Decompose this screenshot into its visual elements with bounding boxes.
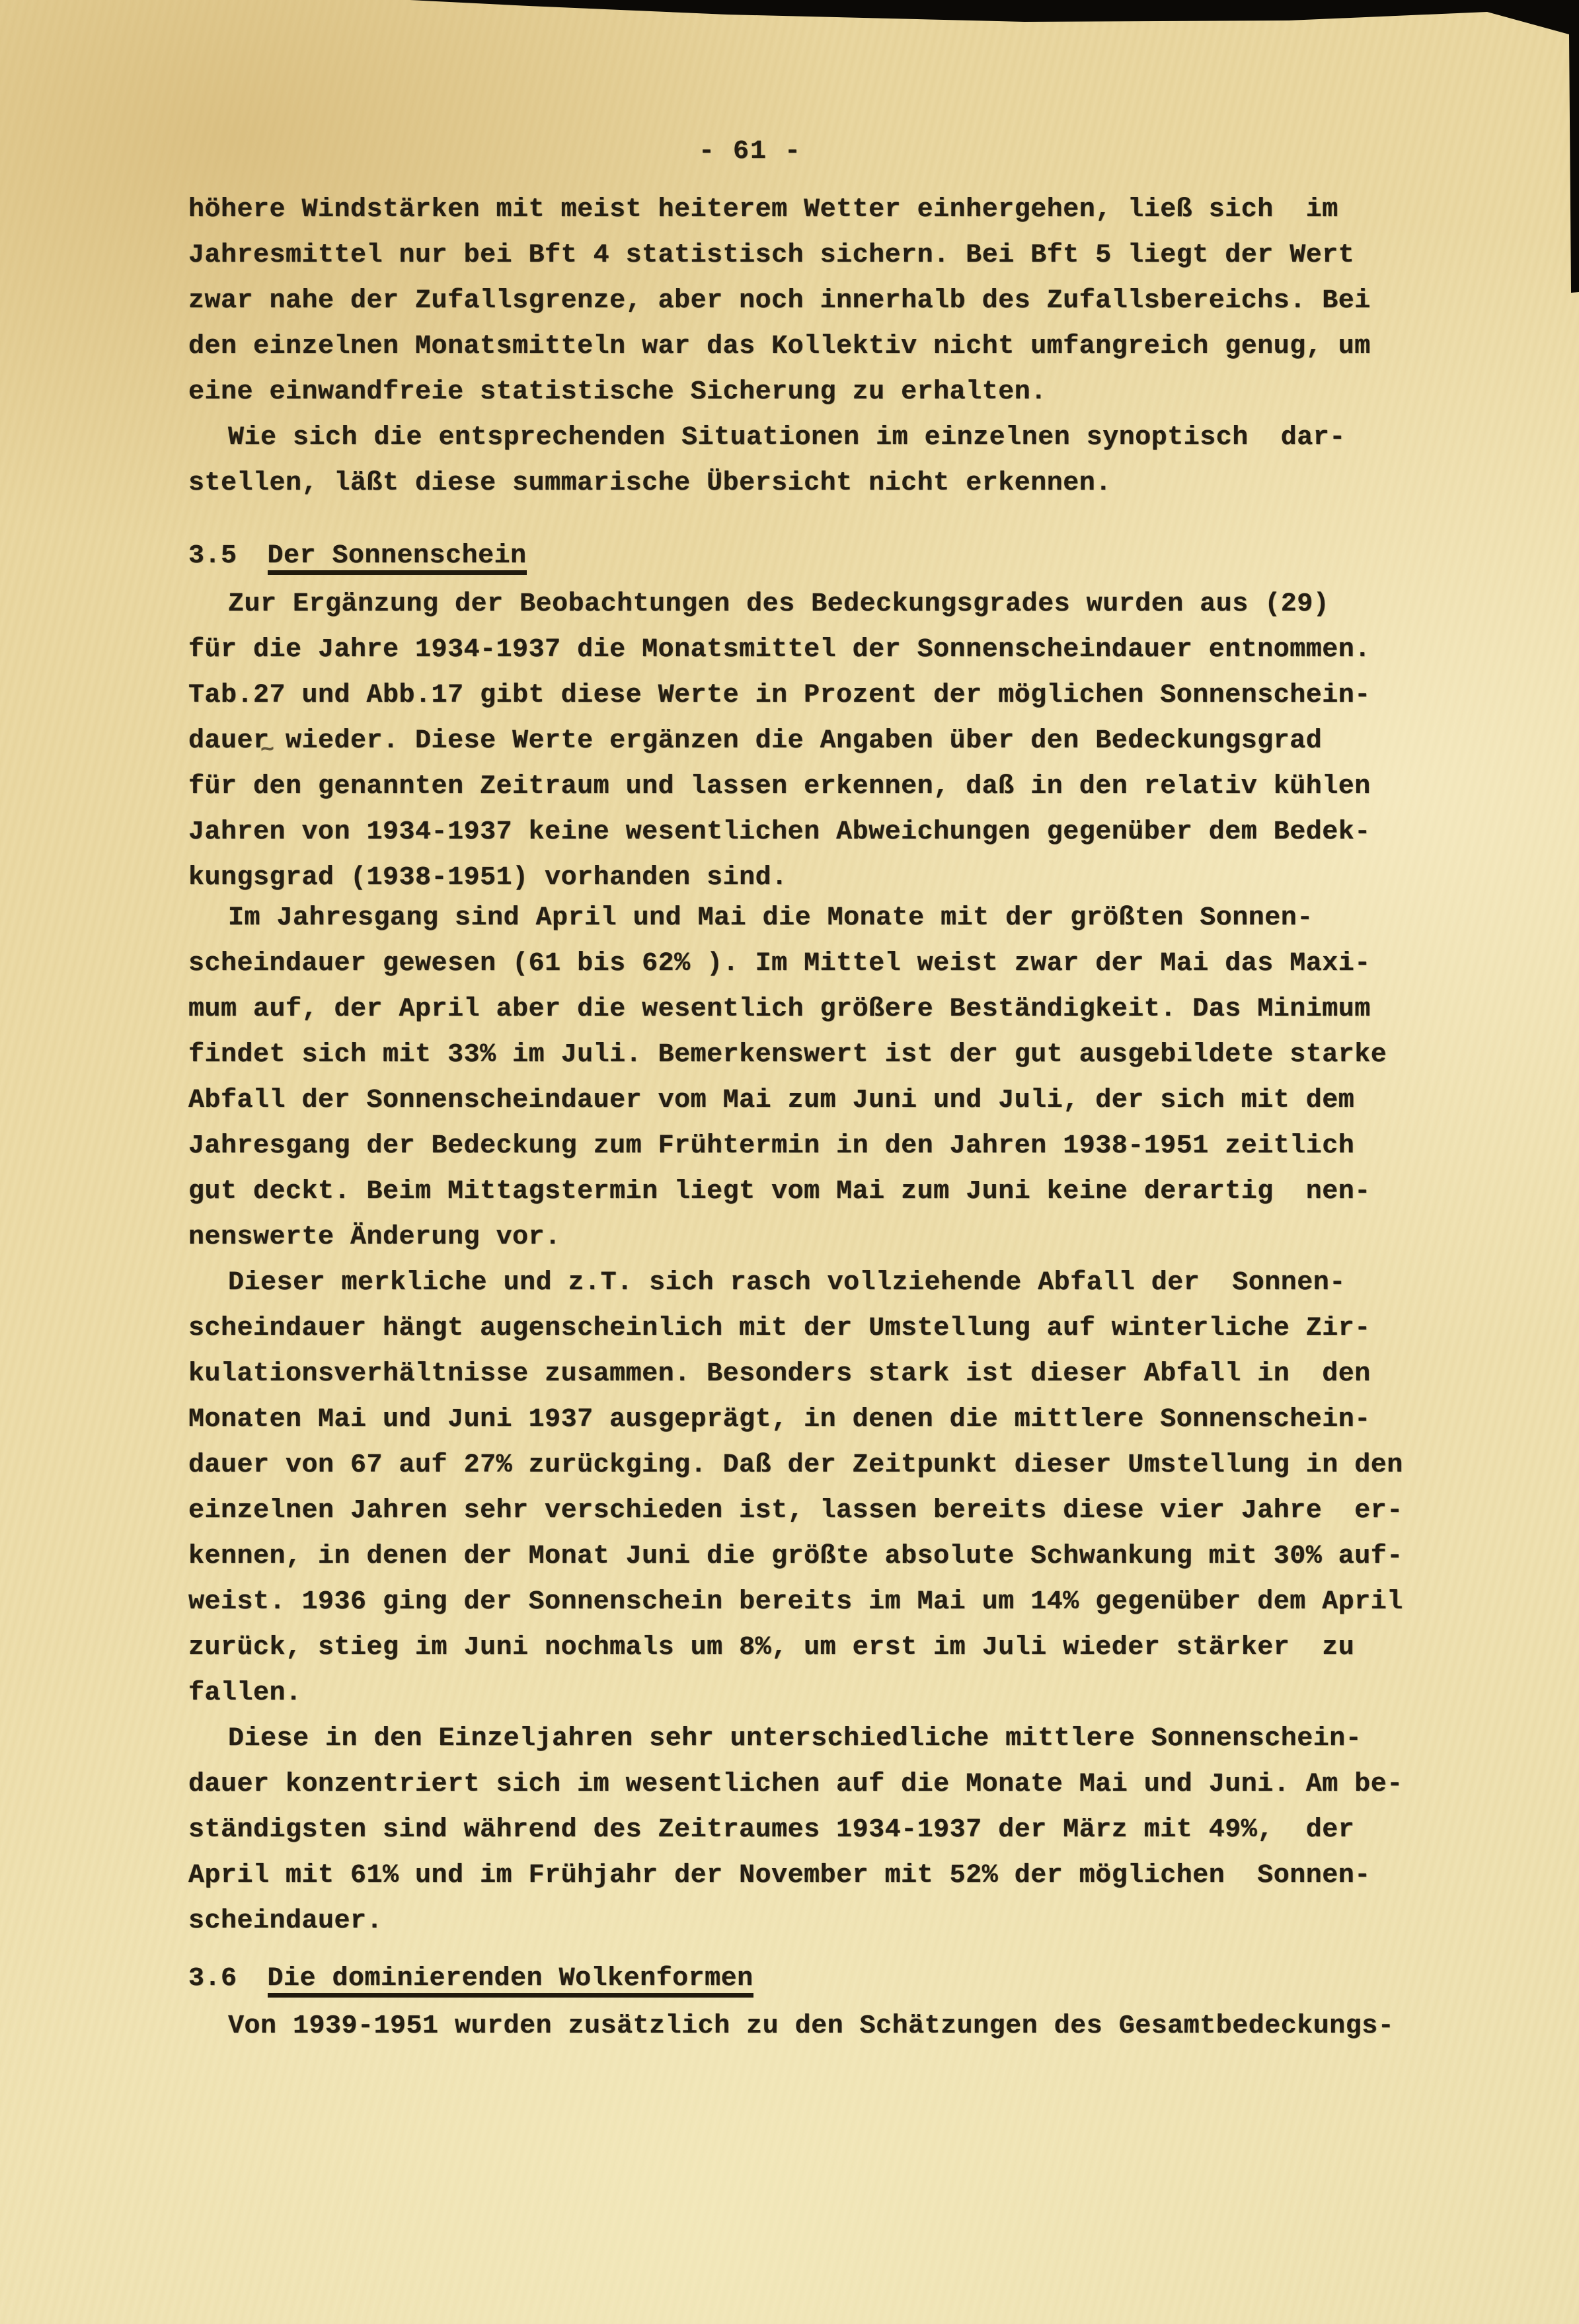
paragraph: Von 1939-1951 wurden zusätzlich zu den S… xyxy=(188,2004,1391,2049)
page-number: - 61 - xyxy=(188,129,1312,174)
paragraph: Wie sich die entsprechenden Situationen … xyxy=(188,415,1391,506)
section-number: 3.5 xyxy=(188,533,237,579)
paragraph: Diese in den Einzeljahren sehr unterschi… xyxy=(188,1716,1391,1944)
document-page: - 61 - höhere Windstärken mit meist heit… xyxy=(0,0,1579,2324)
stray-ink-mark: ~ xyxy=(259,738,276,763)
paragraph: Dieser merkliche und z.T. sich rasch vol… xyxy=(188,1260,1391,1716)
section-number: 3.6 xyxy=(188,1956,237,2002)
paragraph-continued: höhere Windstärken mit meist heiterem We… xyxy=(188,187,1391,415)
section-title: Der Sonnenschein xyxy=(268,533,527,575)
section-heading-3-6: 3.6 Die dominierenden Wolkenformen xyxy=(188,1956,1391,2002)
paragraph: Im Jahresgang sind April und Mai die Mon… xyxy=(188,895,1391,1260)
section-title: Die dominierenden Wolkenformen xyxy=(268,1956,753,1998)
section-heading-3-5: 3.5 Der Sonnenschein xyxy=(188,533,1391,579)
paragraph: Zur Ergänzung der Beobachtungen des Bede… xyxy=(188,581,1391,901)
